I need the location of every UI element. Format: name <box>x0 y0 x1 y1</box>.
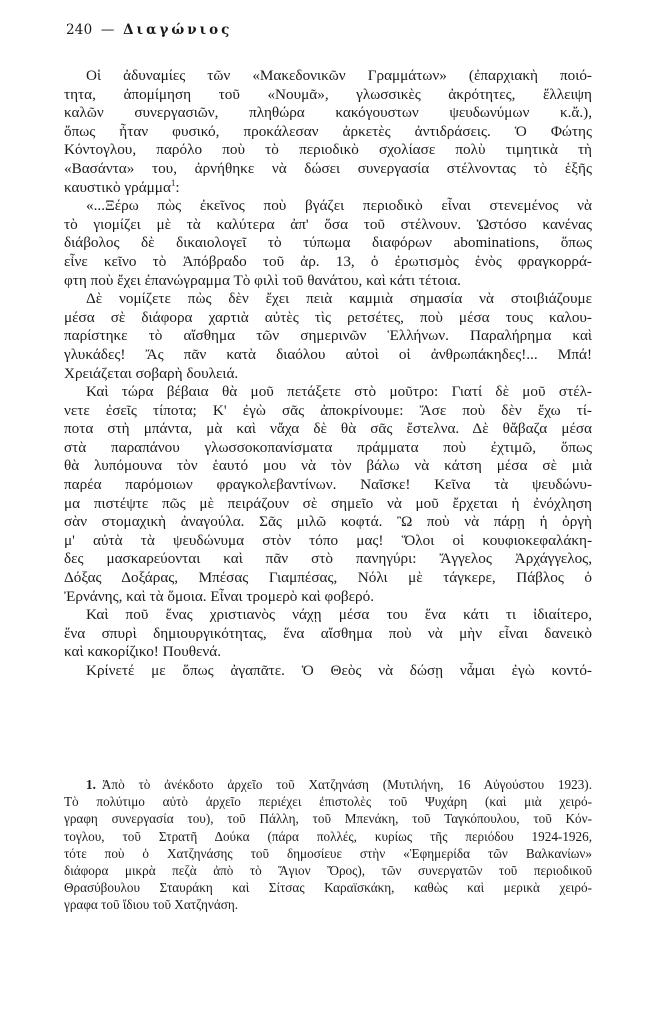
paragraph: Δὲ νομίζετε πὼς δὲν ἔχει πειὰ καμμιὰ σημ… <box>64 290 592 383</box>
footnote-line: διάφορα μικρὰ πεζὰ ἀπὸ τὸ Ἅγιον Ὄρος), τ… <box>64 862 592 879</box>
text-line: διάβολος δὲ δικαιολογεῖ τὸ τύπωμα διαφόρ… <box>64 234 592 253</box>
text-line: μ' αὐτὰ τὰ ψευδώνυμα στὸν τόπο μας! Ὅλοι… <box>64 532 592 551</box>
text-line: ἕνα σπυρὶ δημιουργικότητας, ἕνα αἴσθημα … <box>64 625 592 644</box>
page-number: 240 <box>66 22 92 38</box>
footnote-number: 1. <box>86 777 96 792</box>
running-head-title: Διαγώνιος <box>123 22 232 38</box>
text-line-with-footnote: καυστικὸ γράμμα1: <box>64 179 592 198</box>
paragraph-quote: «...Ξέρω πὼς ἐκεῖνος ποὺ βγάζει περιοδικ… <box>64 197 592 290</box>
text-line: τητα, ἀπομίμηση τοῦ «Νουμᾶ», γλωσσικὲς ἀ… <box>64 86 592 105</box>
text-fragment: Ἀπὸ τὸ ἀνέκδοτο ἀρχεῖο τοῦ Χατζηνάση (Μυ… <box>102 777 592 792</box>
footnote-line: Τὸ πολύτιμο αὐτὸ ἀρχεῖο περιέχει ἐπιστολ… <box>64 793 592 810</box>
text-line: τὸ γιομίζει μὲ τὰ καλύτερα ἀπ' ὅσα τοῦ σ… <box>64 216 592 235</box>
text-line: σὰν στομαχικὴ ἀναγούλα. Σᾶς μιλῶ κοφτά. … <box>64 513 592 532</box>
text-line: εἶνε κεῖνο τὸ Ἀπόβραδο τοῦ ἀρ. 13, ὁ ἐρω… <box>64 253 592 272</box>
text-line: Οἱ ἀδυναμίες τῶν «Μακεδονικῶν Γραμμάτων»… <box>64 67 592 86</box>
text-line: μα πιστέψτε πῶς μὲ πειράζουν σὲ σημεῖο ν… <box>64 495 592 514</box>
text-line: Χρειάζεται σοβαρὴ δουλειά. <box>64 365 592 384</box>
footnote-line: 1.Ἀπὸ τὸ ἀνέκδοτο ἀρχεῖο τοῦ Χατζηνάση (… <box>64 776 592 793</box>
text-line: Κόντογλου, παρόλο ποὺ τὸ περιοδικὸ σχολί… <box>64 141 592 160</box>
text-line: καλῶν συνεργασιῶν, πληθώρα κακόγουστων ψ… <box>64 104 592 123</box>
text-line: Δόξας Δοξάρας, Μπέσας Γιαμπέσας, Νόλι μὲ… <box>64 569 592 588</box>
book-page: 240 — Διαγώνιος Οἱ ἀδυναμίες τῶν «Μακεδο… <box>0 0 645 1024</box>
footnote-line: γραφα τοῦ ἴδιου τοῦ Χατζηνάση. <box>64 896 592 913</box>
text-line: στὰ παραπάνου γλωσσοκοπανίσματα πράμματα… <box>64 439 592 458</box>
text-line: ὅπως ἦταν φυσικό, προκάλεσαν ἀρκετὲς ἀντ… <box>64 123 592 142</box>
running-head-separator: — <box>101 22 115 38</box>
text-fragment: καυστικὸ γράμμα <box>64 179 171 196</box>
text-line: Καὶ ποῦ ἕνας χριστιανὸς νάχῃ μέσα του ἕν… <box>64 606 592 625</box>
paragraph-continued: Κρίνετέ με ὅπως ἀγαπᾶτε. Ὁ Θεὸς νὰ δώσῃ … <box>64 662 592 681</box>
text-line: φτη ποὺ ἔχει ἐπανώγραμμα Τὸ φιλὶ τοῦ θαν… <box>64 272 592 291</box>
paragraph: Οἱ ἀδυναμίες τῶν «Μακεδονικῶν Γραμμάτων»… <box>64 67 592 197</box>
text-fragment: : <box>175 179 179 196</box>
paragraph: Καὶ τώρα βέβαια θὰ μοῦ πετάξετε στὸ μοῦτ… <box>64 383 592 606</box>
footnote: 1.Ἀπὸ τὸ ἀνέκδοτο ἀρχεῖο τοῦ Χατζηνάση (… <box>64 776 592 914</box>
text-line: «...Ξέρω πὼς ἐκεῖνος ποὺ βγάζει περιοδικ… <box>64 197 592 216</box>
footnote-line: τότε ποὺ ὁ Χατζηνάσης τοῦ δημοσίευε στὴν… <box>64 845 592 862</box>
text-line: δες μασκαρεύονται καὶ πᾶν στὸ πανηγύρι: … <box>64 550 592 569</box>
text-line: Ἐρνάνης, καὶ τὰ ὅμοια. Εἶναι τρομερὸ καὶ… <box>64 588 592 607</box>
footnote-line: Θρασύβουλου Σταυράκη καὶ Σίτσας Καραϊσκά… <box>64 879 592 896</box>
text-line: παρέα παρόμοιων φραγκολεβαντίνων. Ναῖσκε… <box>64 476 592 495</box>
text-line: Καὶ τώρα βέβαια θὰ μοῦ πετάξετε στὸ μοῦτ… <box>64 383 592 402</box>
text-line: νετε ἐσεῖς τίποτα; Κ' ἐγὼ σᾶς ἀποκρίνουμ… <box>64 402 592 421</box>
text-line: γλυκάδες! Ἄς πᾶν κατὰ διαόλου αὐτοὶ οἱ ἀ… <box>64 346 592 365</box>
footnotes: 1.Ἀπὸ τὸ ἀνέκδοτο ἀρχεῖο τοῦ Χατζηνάση (… <box>64 776 592 914</box>
paragraph: Καὶ ποῦ ἕνας χριστιανὸς νάχῃ μέσα του ἕν… <box>64 606 592 662</box>
text-line: παρίστηκε τὸ αἴσθημα τῶν σημερινῶν Ἑλλήν… <box>64 327 592 346</box>
text-line: ποτα στὴ μπάντα, μὰ καὶ νἄχα δὲ θὰ σᾶς ἔ… <box>64 420 592 439</box>
text-line: «Βασάντα» του, ἀρνήθηκε νὰ δώσει συνεργα… <box>64 160 592 179</box>
running-head: 240 — Διαγώνιος <box>66 22 232 38</box>
text-line: θὰ λυπόμουνα τὸν ἑαυτό μου νὰ τὸν βάλω ν… <box>64 457 592 476</box>
text-line: μέσα σὲ διάφορα χαρτιὰ αὐτὲς τὶς ρετσέτε… <box>64 309 592 328</box>
text-line: καὶ κακορίζικο! Πουθενά. <box>64 643 592 662</box>
text-line: Δὲ νομίζετε πὼς δὲν ἔχει πειὰ καμμιὰ σημ… <box>64 290 592 309</box>
body-text: Οἱ ἀδυναμίες τῶν «Μακεδονικῶν Γραμμάτων»… <box>64 67 592 681</box>
footnote-line: γραφη συνεργασία του), τοῦ Πάλλη, τοῦ Μπ… <box>64 810 592 827</box>
footnote-line: τογλου, τοῦ Στρατῆ Δούκα (πάρα πολλές, κ… <box>64 828 592 845</box>
text-line: Κρίνετέ με ὅπως ἀγαπᾶτε. Ὁ Θεὸς νὰ δώσῃ … <box>64 662 592 681</box>
